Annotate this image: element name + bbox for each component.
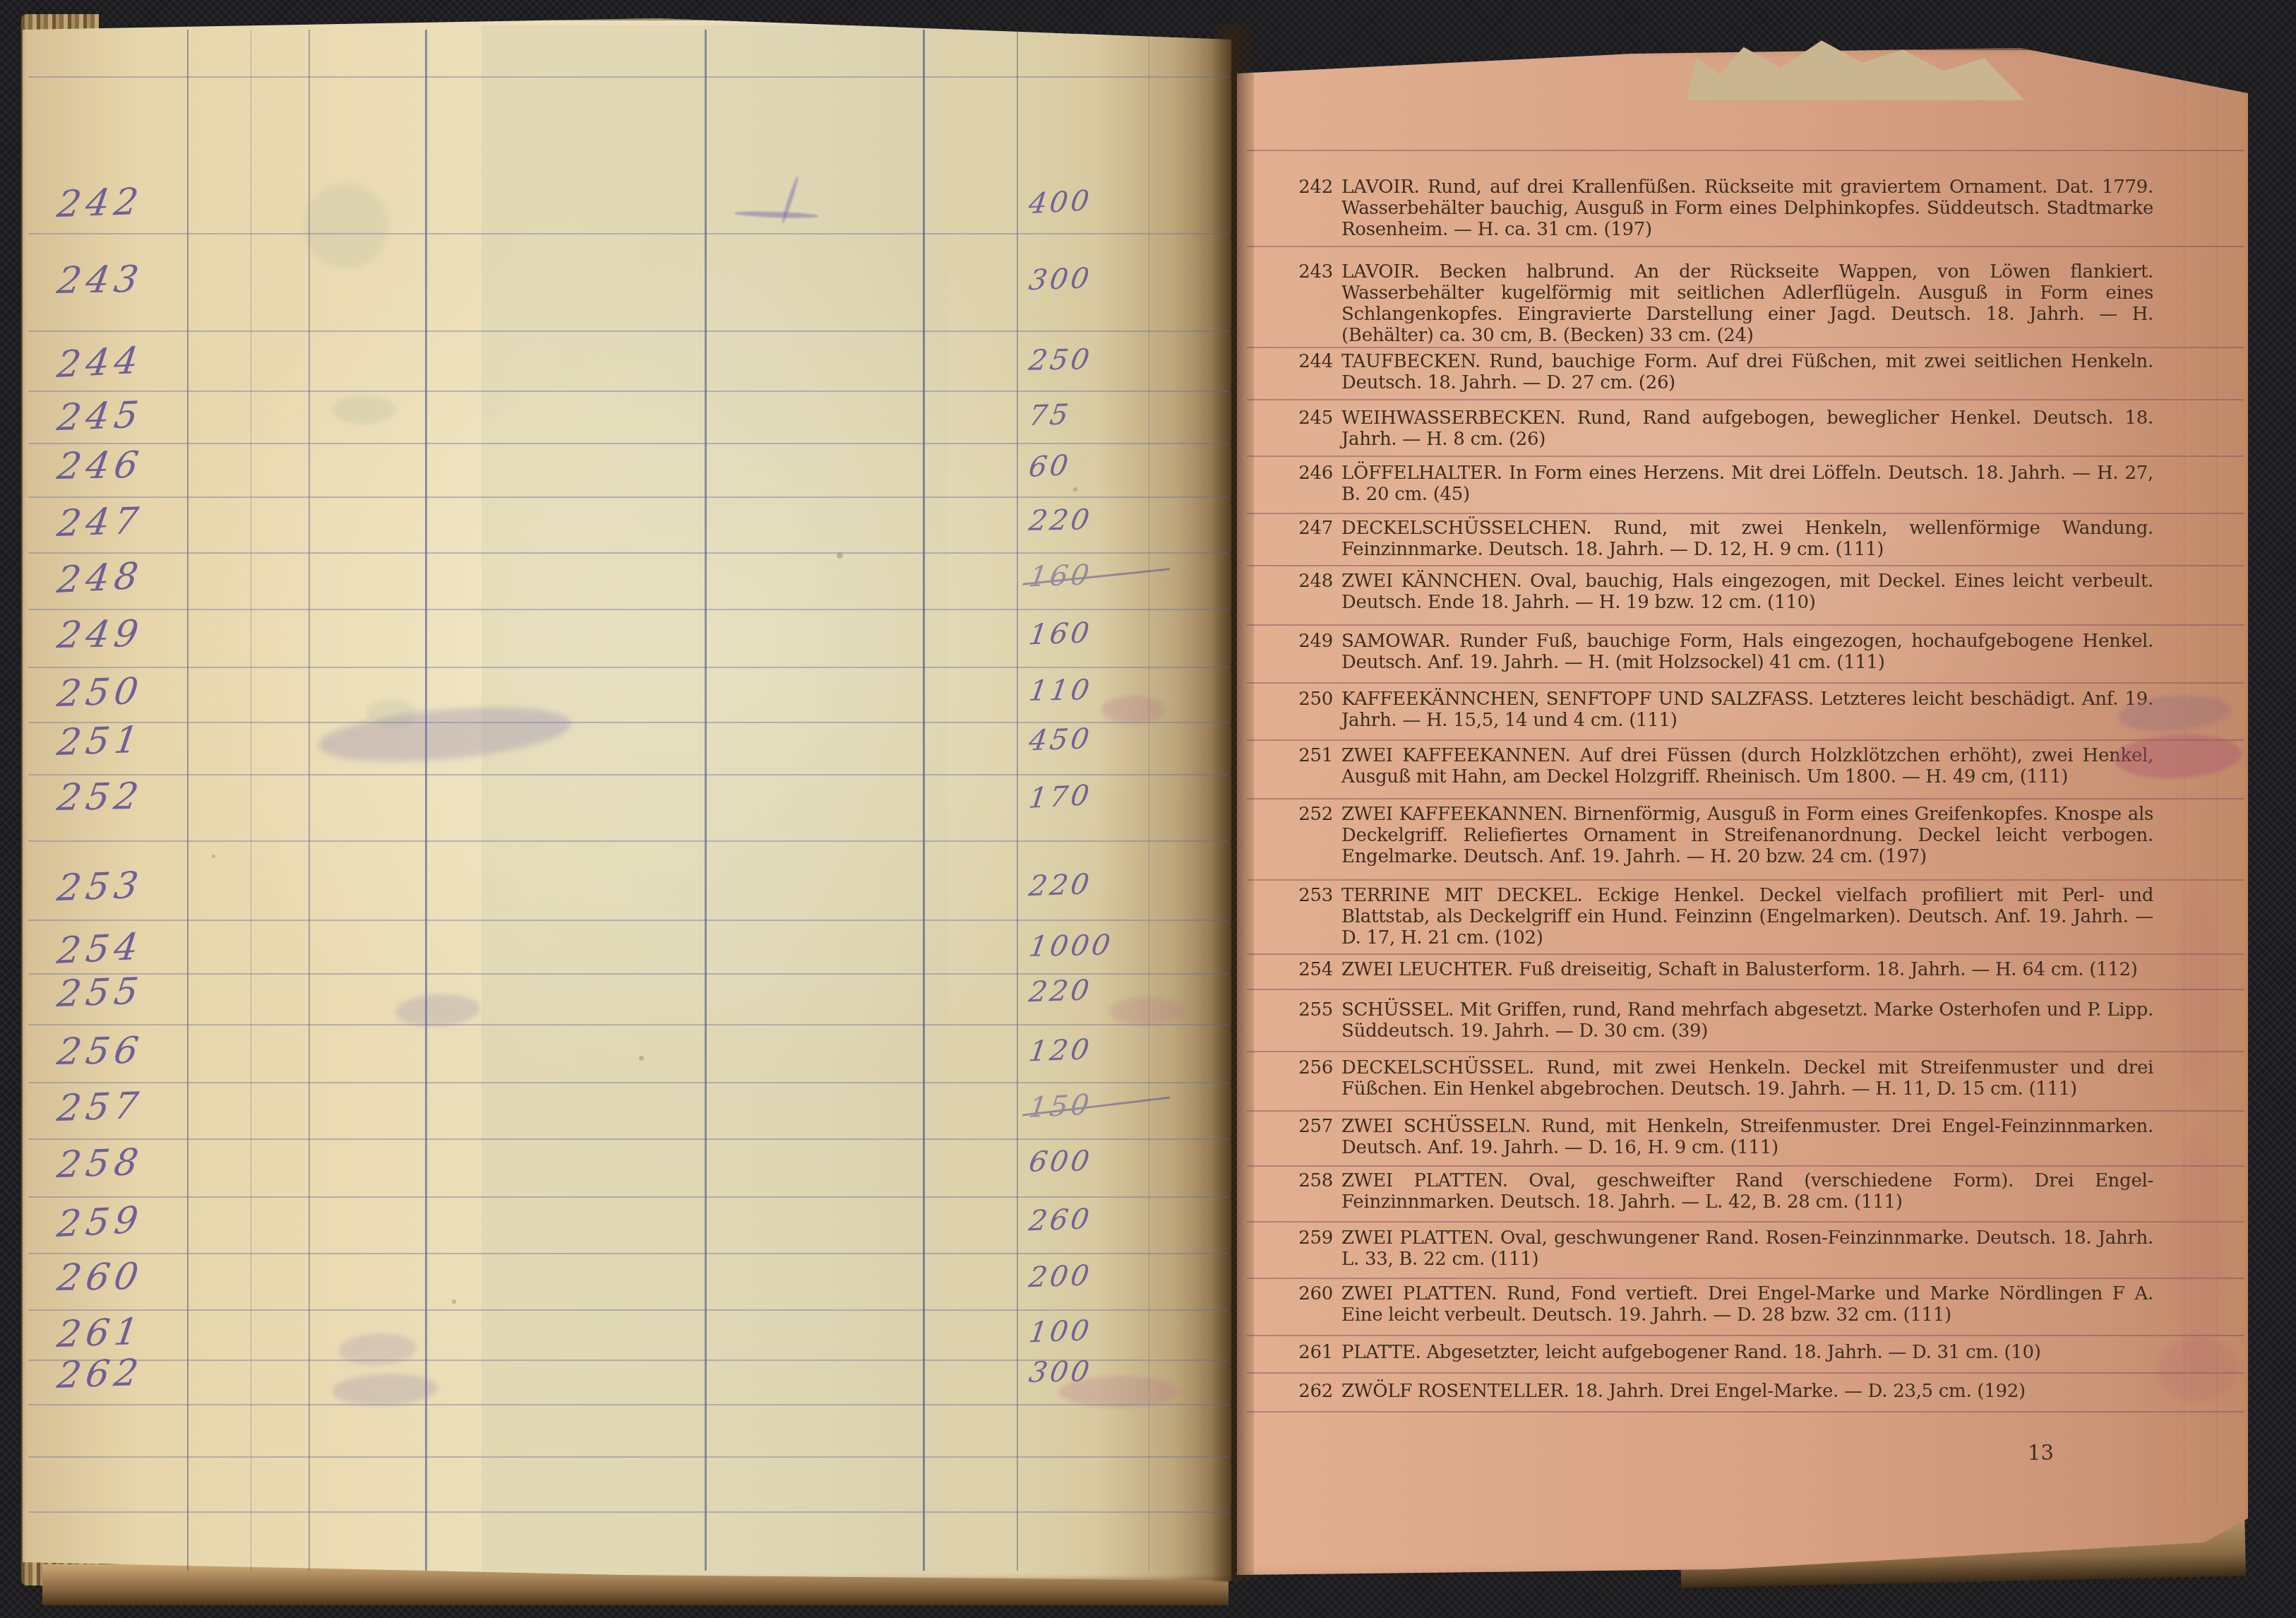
- catalog-separator-rule: [1247, 1221, 2244, 1223]
- ledger-row-rule: [28, 1456, 1228, 1458]
- entry-number: 251: [1293, 745, 1333, 787]
- catalog-entry: 249SAMOWAR. Runder Fuß, bauchige Form, H…: [1293, 631, 2153, 673]
- ink-smudge: [332, 395, 395, 424]
- ledger-row-rule: [28, 1024, 1228, 1025]
- entry-number: 261: [1293, 1342, 1333, 1363]
- ledger-row-rule: [28, 1309, 1228, 1311]
- ink-smudge: [2157, 1338, 2238, 1402]
- catalog-entry: 261PLATTE. Abgesetzter, leicht aufgeboge…: [1293, 1342, 2153, 1363]
- catalog-entry: 248ZWEI KÄNNCHEN. Oval, bauchig, Hals ei…: [1293, 571, 2153, 613]
- catalog-separator-rule: [1247, 739, 2244, 741]
- page-content-overlay: 13 2424002433002442502457524660247220248…: [0, 0, 2296, 1618]
- ledger-lot-number: 262: [55, 1352, 224, 1394]
- ledger-lot-number: 244: [55, 338, 223, 383]
- ledger-row-rule: [28, 496, 1228, 498]
- ink-smudge: [734, 210, 819, 219]
- catalog-separator-rule: [1247, 798, 2244, 799]
- entry-text: SCHÜSSEL. Mit Griffen, rund, Rand mehrfa…: [1341, 999, 2153, 1042]
- entry-number: 242: [1293, 177, 1333, 240]
- catalog-separator-rule: [1247, 1411, 2244, 1412]
- foxing-stain: [452, 1299, 456, 1304]
- ledger-lot-number: 258: [55, 1141, 224, 1184]
- ledger-lot-number: 248: [55, 554, 223, 599]
- ledger-column-rule: [251, 30, 251, 1571]
- ledger-price: 75: [1027, 398, 1166, 431]
- catalog-entry: 257ZWEI SCHÜSSELN. Rund, mit Henkeln, St…: [1293, 1116, 2153, 1158]
- ledger-lot-number: 259: [55, 1198, 223, 1243]
- ink-smudge: [367, 699, 417, 727]
- catalog-entry: 260ZWEI PLATTEN. Rund, Fond vertieft. Dr…: [1293, 1283, 2153, 1326]
- book-photo: 13 2424002433002442502457524660247220248…: [0, 0, 2296, 1618]
- catalog-separator-rule: [1247, 399, 2244, 400]
- ledger-row-rule: [28, 76, 1228, 78]
- ledger-row-rule: [28, 1138, 1228, 1140]
- catalog-entry: 255SCHÜSSEL. Mit Griffen, rund, Rand meh…: [1293, 999, 2153, 1042]
- entry-number: 254: [1293, 959, 1333, 980]
- ledger-column-rule: [1017, 30, 1018, 1571]
- ledger-price-struck: 150: [1027, 1087, 1166, 1122]
- ledger-row-rule: [28, 552, 1228, 554]
- foxing-stain: [639, 1056, 644, 1061]
- catalog-entry: 252ZWEI KAFFEEKANNEN. Birnenförmig, Ausg…: [1293, 804, 2153, 867]
- entry-text: DECKELSCHÜSSELCHEN. Rund, mit zwei Henke…: [1341, 518, 2153, 560]
- ledger-price-struck: 160: [1027, 559, 1166, 592]
- ledger-price: 1000: [1027, 930, 1166, 960]
- entry-text: ZWEI SCHÜSSELN. Rund, mit Henkeln, Strei…: [1341, 1116, 2153, 1158]
- ledger-column-rule: [425, 30, 427, 1571]
- ink-smudge: [316, 698, 574, 770]
- ledger-row-rule: [28, 331, 1228, 332]
- ledger-lot-number: 249: [55, 614, 224, 654]
- entry-text: WEIHWASSERBECKEN. Rund, Rand aufgebogen,…: [1341, 408, 2153, 450]
- ledger-lot-number: 256: [55, 1031, 224, 1071]
- ledger-lot-number: 247: [55, 500, 224, 542]
- ledger-row-rule: [28, 1253, 1228, 1254]
- ledger-row-rule: [28, 1511, 1228, 1513]
- entry-number: 247: [1293, 518, 1333, 560]
- catalog-separator-rule: [1247, 150, 2244, 151]
- ink-smudge: [395, 992, 481, 1028]
- entry-text: ZWEI PLATTEN. Rund, Fond vertieft. Drei …: [1341, 1283, 2153, 1326]
- ledger-row-rule: [28, 609, 1228, 610]
- catalog-separator-rule: [1247, 953, 2244, 955]
- ledger-price: 220: [1027, 504, 1166, 535]
- entry-text: ZWEI LEUCHTER. Fuß dreiseitig, Schaft in…: [1341, 959, 2153, 980]
- catalog-entry: 259ZWEI PLATTEN. Oval, geschwungener Ran…: [1293, 1227, 2153, 1270]
- entry-text: TAUFBECKEN. Rund, bauchige Form. Auf dre…: [1341, 351, 2153, 393]
- catalog-entry: 242LAVOIR. Rund, auf drei Krallenfüßen. …: [1293, 177, 2153, 240]
- entry-text: DECKELSCHÜSSEL. Rund, mit zwei Henkeln. …: [1341, 1057, 2153, 1100]
- ink-smudge: [1108, 997, 1186, 1025]
- ledger-row-rule: [28, 840, 1228, 842]
- ledger-price: 300: [1027, 262, 1166, 295]
- catalog-separator-rule: [1247, 347, 2244, 348]
- entry-text: TERRINE MIT DECKEL. Eckige Henkel. Decke…: [1341, 885, 2153, 948]
- ledger-price: 450: [1027, 722, 1166, 756]
- entry-text: ZWEI KÄNNCHEN. Oval, bauchig, Hals einge…: [1341, 571, 2153, 613]
- catalog-separator-rule: [1247, 246, 2244, 247]
- ledger-lot-number: 254: [55, 924, 223, 970]
- ledger-lot-number: 245: [55, 394, 224, 436]
- ledger-lot-number: 250: [55, 670, 224, 713]
- catalog-entry: 256DECKELSCHÜSSEL. Rund, mit zwei Henkel…: [1293, 1057, 2153, 1100]
- entry-number: 252: [1293, 804, 1333, 867]
- entry-text: PLATTE. Abgesetzter, leicht aufgebogener…: [1341, 1342, 2153, 1363]
- foxing-stain: [1073, 487, 1077, 492]
- entry-text: LAVOIR. Rund, auf drei Krallenfüßen. Rüc…: [1341, 177, 2153, 240]
- entry-number: 255: [1293, 999, 1333, 1042]
- ledger-column-rule: [705, 30, 707, 1571]
- catalog-separator-rule: [1247, 1335, 2244, 1336]
- ledger-row-rule: [28, 1082, 1228, 1083]
- ledger-row-rule: [28, 391, 1228, 392]
- ledger-lot-number: 255: [55, 970, 224, 1013]
- catalog-separator-rule: [1247, 456, 2244, 457]
- ledger-lot-number: 242: [55, 181, 224, 223]
- catalog-separator-rule: [1247, 1110, 2244, 1112]
- ledger-lot-number: 257: [55, 1085, 224, 1127]
- catalog-entry: 251ZWEI KAFFEEKANNEN. Auf drei Füssen (d…: [1293, 745, 2153, 787]
- ledger-lot-number: 261: [55, 1311, 224, 1353]
- catalog-separator-rule: [1247, 1372, 2244, 1374]
- entry-text: SAMOWAR. Runder Fuß, bauchige Form, Hals…: [1341, 631, 2153, 673]
- entry-text: ZWEI PLATTEN. Oval, geschwungener Rand. …: [1341, 1227, 2153, 1270]
- entry-text: ZWEI PLATTEN. Oval, geschweifter Rand (v…: [1341, 1170, 2153, 1213]
- catalog-entry: 254ZWEI LEUCHTER. Fuß dreiseitig, Schaft…: [1293, 959, 2153, 980]
- catalog-entry: 245WEIHWASSERBECKEN. Rund, Rand aufgebog…: [1293, 408, 2153, 450]
- ledger-price: 600: [1027, 1146, 1166, 1176]
- entry-text: ZWÖLF ROSENTELLER. 18. Jahrh. Drei Engel…: [1341, 1381, 2153, 1402]
- ledger-row-rule: [28, 233, 1228, 234]
- ledger-price: 220: [1027, 868, 1166, 901]
- ledger-lot-number: 252: [55, 777, 224, 816]
- entry-number: 249: [1293, 631, 1333, 673]
- entry-number: 250: [1293, 689, 1333, 731]
- catalog-entry: 246LÖFFELHALTER. In Form eines Herzens. …: [1293, 463, 2153, 505]
- entry-number: 262: [1293, 1381, 1333, 1402]
- entry-number: 253: [1293, 885, 1333, 948]
- entry-number: 258: [1293, 1170, 1333, 1213]
- entry-number: 260: [1293, 1283, 1333, 1326]
- catalog-separator-rule: [1247, 682, 2244, 684]
- catalog-entry: 244TAUFBECKEN. Rund, bauchige Form. Auf …: [1293, 351, 2153, 393]
- catalog-entry: 247DECKELSCHÜSSELCHEN. Rund, mit zwei He…: [1293, 518, 2153, 560]
- ledger-lot-number: 253: [55, 864, 224, 907]
- ink-smudge: [331, 1372, 438, 1407]
- ledger-row-rule: [28, 774, 1228, 775]
- ledger-price: 170: [1027, 778, 1166, 813]
- ink-smudge: [304, 184, 388, 268]
- ink-smudge: [1059, 1376, 1179, 1408]
- ledger-row-rule: [28, 1196, 1228, 1198]
- ledger-column-rule: [923, 30, 925, 1571]
- entry-number: 256: [1293, 1057, 1333, 1100]
- ledger-price: 100: [1027, 1314, 1166, 1348]
- entry-text: LÖFFELHALTER. In Form eines Herzens. Mit…: [1341, 463, 2153, 505]
- ledger-lot-number: 260: [55, 1257, 224, 1297]
- catalog-entry: 250KAFFEEKÄNNCHEN, SENFTOPF UND SALZFASS…: [1293, 689, 2153, 731]
- ink-smudge: [2178, 883, 2220, 1095]
- catalog-separator-rule: [1247, 1165, 2244, 1167]
- catalog-separator-rule: [1247, 989, 2244, 990]
- ledger-lot-number: 251: [55, 719, 224, 761]
- ledger-price: 200: [1027, 1259, 1166, 1292]
- ledger-price: 260: [1027, 1203, 1166, 1236]
- ink-smudge: [338, 1331, 417, 1367]
- entry-text: ZWEI KAFFEEKANNEN. Birnenförmig, Ausguß …: [1341, 804, 2153, 867]
- entry-number: 259: [1293, 1227, 1333, 1270]
- ledger-price: 160: [1027, 617, 1166, 650]
- ledger-column-rule: [309, 30, 310, 1571]
- ledger-lot-number: 243: [55, 260, 224, 299]
- ledger-row-rule: [28, 443, 1228, 444]
- ledger-price: 400: [1027, 183, 1166, 218]
- catalog-entry: 258ZWEI PLATTEN. Oval, geschweifter Rand…: [1293, 1170, 2153, 1213]
- catalog-separator-rule: [1247, 565, 2244, 566]
- catalog-separator-rule: [1247, 1051, 2244, 1052]
- entry-number: 245: [1293, 408, 1333, 450]
- entry-number: 246: [1293, 463, 1333, 505]
- entry-text: ZWEI KAFFEEKANNEN. Auf drei Füssen (durc…: [1341, 745, 2153, 787]
- catalog-separator-rule: [1247, 1278, 2244, 1279]
- entry-number: 248: [1293, 571, 1333, 613]
- entry-number: 244: [1293, 351, 1333, 393]
- ledger-price: 250: [1027, 344, 1166, 374]
- page-number: 13: [2028, 1441, 2054, 1465]
- foxing-stain: [837, 552, 843, 559]
- entry-text: KAFFEEKÄNNCHEN, SENFTOPF UND SALZFASS. L…: [1341, 689, 2153, 731]
- ledger-lot-number: 246: [55, 446, 224, 485]
- ledger-row-rule: [28, 920, 1228, 921]
- catalog-entry: 253TERRINE MIT DECKEL. Eckige Henkel. De…: [1293, 885, 2153, 948]
- foxing-stain: [212, 855, 215, 858]
- ledger-row-rule: [28, 1404, 1228, 1405]
- catalog-entry: 243LAVOIR. Becken halbrund. An der Rücks…: [1293, 261, 2153, 346]
- entry-number: 243: [1293, 261, 1333, 346]
- ink-smudge: [1101, 696, 1165, 724]
- ledger-price: 120: [1027, 1033, 1166, 1066]
- ledger-price: 60: [1027, 446, 1166, 482]
- catalog-entry: 262ZWÖLF ROSENTELLER. 18. Jahrh. Drei En…: [1293, 1381, 2153, 1402]
- entry-number: 257: [1293, 1116, 1333, 1158]
- catalog-separator-rule: [1247, 624, 2244, 626]
- catalog-separator-rule: [1247, 879, 2244, 881]
- catalog-separator-rule: [1247, 513, 2244, 514]
- ledger-row-rule: [28, 667, 1228, 668]
- entry-text: LAVOIR. Becken halbrund. An der Rückseit…: [1341, 261, 2153, 346]
